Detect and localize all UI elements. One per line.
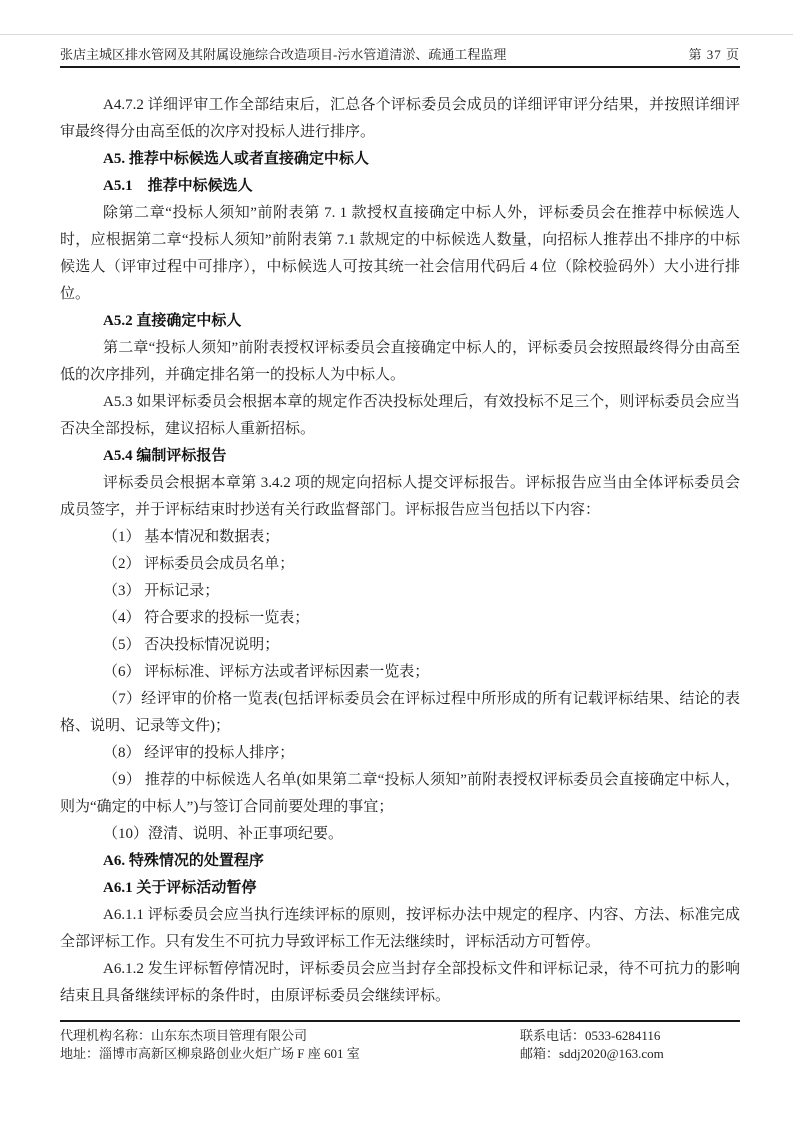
footer-email: 邮箱：sddj2020@163.com bbox=[520, 1045, 740, 1063]
paragraph: A4.7.2 详细评审工作全部结束后，汇总各个评标委员会成员的详细评审评分结果，… bbox=[60, 92, 740, 146]
list-item: （3） 开标记录； bbox=[60, 578, 740, 605]
list-item: （5） 否决投标情况说明； bbox=[60, 632, 740, 659]
list-item: （2） 评标委员会成员名单； bbox=[60, 551, 740, 578]
scan-edge-line bbox=[0, 34, 793, 35]
list-item: （1） 基本情况和数据表； bbox=[60, 524, 740, 551]
paragraph: 第二章“投标人须知”前附表授权评标委员会直接确定中标人的，评标委员会按照最终得分… bbox=[60, 335, 740, 389]
paragraph: A6.1.2 发生评标暂停情况时，评标委员会应当封存全部投标文件和评标记录，待不… bbox=[60, 956, 740, 1010]
footer-right-column: 联系电话：0533-6284116 邮箱：sddj2020@163.com bbox=[520, 1027, 740, 1063]
footer-phone: 联系电话：0533-6284116 bbox=[520, 1027, 740, 1045]
section-heading: A6. 特殊情况的处置程序 bbox=[60, 848, 740, 875]
section-heading: A5.4 编制评标报告 bbox=[60, 443, 740, 470]
document-body: A4.7.2 详细评审工作全部结束后，汇总各个评标委员会成员的详细评审评分结果，… bbox=[60, 92, 740, 1010]
list-item: （10）澄清、说明、补正事项纪要。 bbox=[60, 821, 740, 848]
document-page: 张店主城区排水管网及其附属设施综合改造项目-污水管道清淤、疏通工程监理 第 37… bbox=[0, 0, 793, 1122]
section-heading: A5.1 推荐中标候选人 bbox=[60, 173, 740, 200]
header-page-number: 第 37 页 bbox=[688, 47, 740, 63]
list-item: （6） 评标标准、评标方法或者评标因素一览表； bbox=[60, 659, 740, 686]
paragraph: A5.3 如果评标委员会根据本章的规定作否决投标处理后，有效投标不足三个，则评标… bbox=[60, 389, 740, 443]
list-item: （4） 符合要求的投标一览表； bbox=[60, 605, 740, 632]
section-heading: A5.2 直接确定中标人 bbox=[60, 308, 740, 335]
list-item: （9） 推荐的中标候选人名单(如果第二章“投标人须知”前附表授权评标委员会直接确… bbox=[60, 767, 740, 821]
paragraph: 评标委员会根据本章第 3.4.2 项的规定向招标人提交评标报告。评标报告应当由全… bbox=[60, 470, 740, 524]
header-project-title: 张店主城区排水管网及其附属设施综合改造项目-污水管道清淤、疏通工程监理 bbox=[60, 47, 506, 63]
page-header: 张店主城区排水管网及其附属设施综合改造项目-污水管道清淤、疏通工程监理 第 37… bbox=[60, 47, 740, 68]
footer-agency-name: 代理机构名称：山东东杰项目管理有限公司 bbox=[60, 1027, 360, 1045]
footer-left-column: 代理机构名称：山东东杰项目管理有限公司 地址：淄博市高新区柳泉路创业火炬广场 F… bbox=[60, 1027, 360, 1063]
paragraph: A6.1.1 评标委员会应当执行连续评标的原则，按评标办法中规定的程序、内容、方… bbox=[60, 902, 740, 956]
paragraph: 除第二章“投标人须知”前附表第 7. 1 款授权直接确定中标人外，评标委员会在推… bbox=[60, 200, 740, 308]
list-item: （8） 经评审的投标人排序； bbox=[60, 740, 740, 767]
section-heading: A5. 推荐中标候选人或者直接确定中标人 bbox=[60, 146, 740, 173]
page-footer: 代理机构名称：山东东杰项目管理有限公司 地址：淄博市高新区柳泉路创业火炬广场 F… bbox=[60, 1020, 740, 1063]
section-heading: A6.1 关于评标活动暂停 bbox=[60, 875, 740, 902]
footer-address: 地址：淄博市高新区柳泉路创业火炬广场 F 座 601 室 bbox=[60, 1045, 360, 1063]
list-item: （7）经评审的价格一览表(包括评标委员会在评标过程中所形成的所有记载评标结果、结… bbox=[60, 686, 740, 740]
